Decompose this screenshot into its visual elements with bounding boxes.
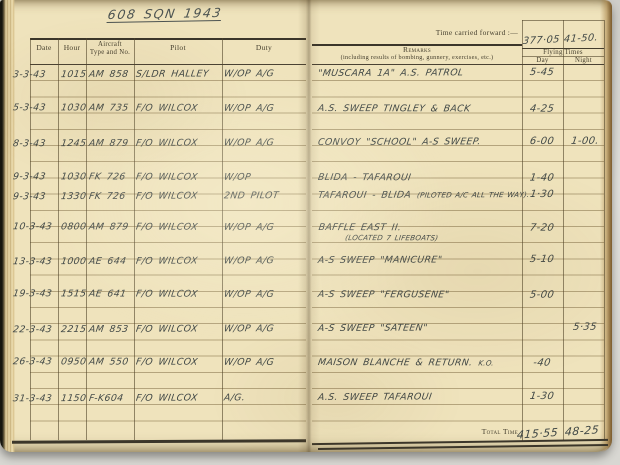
entry-remarks-text: A-S SWEEP "FERGUSENE" (317, 289, 450, 300)
entry-date: 3-3-43 (12, 69, 59, 80)
entry-day-time: 6-00 (520, 136, 563, 147)
entry-remarks: A-S SWEEP "FERGUSENE" (317, 289, 521, 301)
log-entry-row: 19-3-43 1515 AE 641 F/O WILCOX W/OP A/G … (0, 288, 620, 310)
entry-day-time: 1-40 (520, 173, 564, 184)
entry-date: 26-3-43 (12, 356, 60, 367)
entry-hour: 0800 (60, 221, 89, 232)
carried-forward-day-value: 377·05 (522, 34, 563, 47)
aircraft-header-line1: Aircraft (98, 41, 122, 48)
log-entry-row: 5-3-43 1030 AM 735 F/O WILCOX W/OP A/G A… (0, 102, 620, 124)
total-time-label: Total Time (398, 428, 518, 437)
entry-duty: W/OP A/G (223, 103, 305, 114)
entry-day-time: 5-00 (520, 290, 564, 301)
entry-date: 31-3-43 (12, 393, 59, 404)
log-entry-row: 3-3-43 1015 AM 858 S/LDR HALLEY W/OP A/G… (0, 67, 620, 90)
entry-duty: 2ND PILOT (223, 190, 304, 201)
entry-remarks-text: TAFAROUI - BLIDA (317, 190, 412, 201)
entry-date: 9-3-43 (12, 171, 60, 182)
entry-hour: 1330 (60, 191, 88, 202)
entry-night-time: 5·35 (563, 322, 606, 333)
entry-hour: 1015 (60, 69, 88, 80)
entry-hour: 1150 (60, 393, 88, 404)
entry-day-time: 1-30 (520, 391, 563, 402)
entry-day-time: -40 (520, 358, 564, 369)
entry-aircraft: AM 879 (88, 138, 134, 149)
entry-duty: W/OP (223, 172, 305, 183)
time-carried-forward-label: Time carried forward :— (378, 29, 518, 38)
entry-hour: 2215 (60, 324, 88, 335)
entry-pilot: F/O WILCOX (135, 137, 221, 148)
entry-day-time: 5-10 (520, 254, 563, 265)
left-bottom-line (12, 439, 306, 443)
entry-aircraft: AM 858 (88, 69, 134, 80)
entry-pilot: F/O WILCOX (135, 255, 221, 266)
entry-duty: A/G. (223, 392, 304, 403)
aircraft-header-line2: Type and No. (90, 49, 130, 56)
remarks-subheader: (including results of bombing, gunnery, … (312, 54, 522, 61)
entry-remarks: A.S. SWEEP TAFAROUI (317, 391, 520, 403)
entry-day-time: 1·30 (520, 189, 563, 200)
entry-remarks: BLIDA - TAFAROUI (317, 172, 521, 184)
entry-remarks-text: A-S SWEEP "MANICURE" (317, 254, 443, 266)
logbook-photo: 608 SQN 1943 Date (0, 0, 620, 465)
entry-remarks-text: A.S. SWEEP TINGLEY & BACK (317, 103, 471, 114)
column-header-duty: Duty (222, 44, 306, 53)
entry-pilot: F/O WILCOX (135, 103, 222, 114)
day-column-label: Day (522, 57, 563, 65)
entry-duty: W/OP A/G (223, 357, 305, 368)
entry-remarks-text: A.S. SWEEP TAFAROUI (317, 391, 432, 403)
entry-duty: W/OP A/G (223, 255, 304, 266)
right-bottom-line-2 (318, 444, 608, 450)
entry-remarks: A-S SWEEP "SATEEN" (317, 322, 520, 334)
entry-aircraft: AE 641 (88, 288, 135, 299)
log-entry-row: 8-3-43 1245 AM 879 F/O WILCOX W/OP A/G C… (0, 136, 620, 159)
column-header-date: Date (30, 44, 58, 53)
entry-night-time: 1-00. (563, 136, 606, 147)
entry-pilot: F/O WILCOX (135, 357, 222, 368)
entry-date: 22-3-43 (12, 324, 59, 335)
entry-pilot: F/O WILCOX (135, 190, 221, 201)
entry-remarks-text: BAFFLE EAST II. (318, 222, 402, 233)
entry-aircraft: FK 726 (88, 191, 134, 202)
entry-remarks-note: K.O. (478, 358, 495, 367)
entry-aircraft: F-K604 (88, 393, 134, 404)
carried-forward-night-value: 41-50. (563, 32, 608, 45)
entry-remarks-text: MAISON BLANCHE & RETURN. (317, 357, 473, 368)
entry-date: 19-3-43 (12, 288, 60, 299)
logbook-open-pages: 608 SQN 1943 Date (0, 0, 612, 452)
entry-remarks: CONVOY "SCHOOL" A-S SWEEP. (317, 136, 520, 148)
entry-remarks: A.S. SWEEP TINGLEY & BACK (317, 103, 521, 115)
entry-hour: 1030 (60, 102, 89, 113)
entry-aircraft: AM 879 (88, 221, 135, 232)
entry-remarks: MAISON BLANCHE & RETURN.K.O. (317, 357, 521, 369)
log-entry-row: 9-3-43 1330 FK 726 F/O WILCOX 2ND PILOT … (0, 189, 620, 212)
entry-remarks: A-S SWEEP "MANICURE" (317, 254, 520, 266)
entry-remarks: BAFFLE EAST II.(LOCATED 7 LIFEBOATS) (317, 222, 522, 243)
entry-remarks-note: (PILOTED A/C ALL THE WAY). (417, 190, 531, 199)
entry-pilot: F/O WILCOX (135, 222, 222, 233)
entry-hour: 1515 (60, 288, 89, 299)
entry-duty: W/OP A/G (223, 137, 304, 148)
entry-remarks-text: A-S SWEEP "SATEEN" (317, 322, 428, 333)
left-header-bottom-line (30, 64, 306, 65)
entry-date: 8-3-43 (12, 138, 59, 149)
entry-day-time: 4-25 (520, 104, 564, 115)
entry-pilot: F/O WILCOX (135, 392, 221, 403)
entry-hour: 1030 (60, 171, 89, 182)
entry-pilot: F/O WILCOX (135, 323, 221, 334)
flying-times-label: Flying Times (522, 49, 604, 57)
entry-hour: 1245 (60, 138, 88, 149)
page-title: 608 SQN 1943 (79, 5, 252, 23)
entry-remarks: "MUSCARA 1A" A.S. PATROL (317, 67, 520, 79)
entry-aircraft: FK 726 (88, 171, 135, 182)
column-header-aircraft: Aircraft Type and No. (86, 41, 134, 57)
entry-date: 9-3-43 (12, 191, 59, 202)
entry-remarks-text: "MUSCARA 1A" A.S. PATROL (317, 67, 464, 79)
entry-aircraft: AM 550 (88, 356, 135, 367)
entry-pilot: F/O WILCOX (135, 289, 222, 300)
entry-aircraft: AM 735 (88, 102, 135, 113)
entry-aircraft: AE 644 (88, 256, 134, 267)
entry-aircraft: AM 853 (88, 324, 134, 335)
entry-pilot: F/O WILCOX (135, 172, 222, 183)
entry-duty: W/OP A/G (223, 222, 305, 233)
log-entry-row: 26-3-43 0950 AM 550 F/O WILCOX W/OP A/G … (0, 356, 620, 378)
entry-date: 10-3-43 (12, 221, 60, 232)
entry-day-time: 7-20 (520, 223, 564, 234)
entry-duty: W/OP A/G (223, 68, 304, 79)
entry-date: 13-3-43 (12, 256, 59, 267)
entry-duty: W/OP A/G (223, 323, 304, 334)
entry-remarks-note: (LOCATED 7 LIFEBOATS) (345, 233, 520, 242)
entry-pilot: S/LDR HALLEY (135, 68, 221, 79)
log-entry-row: 10-3-43 0800 AM 879 F/O WILCOX W/OP A/G … (0, 221, 620, 243)
entry-date: 5-3-43 (12, 102, 60, 113)
column-header-hour: Hour (58, 44, 86, 53)
entry-duty: W/OP A/G (223, 289, 305, 300)
left-table-top-line (30, 38, 306, 40)
entry-day-time: 5-45 (520, 67, 563, 78)
entry-remarks-text: BLIDA - TAFAROUI (317, 172, 412, 183)
entry-remarks: TAFAROUI - BLIDA(PILOTED A/C ALL THE WAY… (317, 189, 520, 201)
entry-hour: 0950 (60, 356, 89, 367)
entry-hour: 1000 (60, 256, 88, 267)
night-column-label: Night (563, 57, 604, 65)
log-entry-row: 13-3-43 1000 AE 644 F/O WILCOX W/OP A/G … (0, 254, 620, 277)
log-entry-row: 22-3-43 2215 AM 853 F/O WILCOX W/OP A/G … (0, 322, 620, 345)
entry-remarks-text: CONVOY "SCHOOL" A-S SWEEP. (317, 136, 481, 148)
column-header-pilot: Pilot (134, 44, 222, 53)
log-entry-row: 31-3-43 1150 F-K604 F/O WILCOX A/G. A.S.… (0, 391, 620, 414)
